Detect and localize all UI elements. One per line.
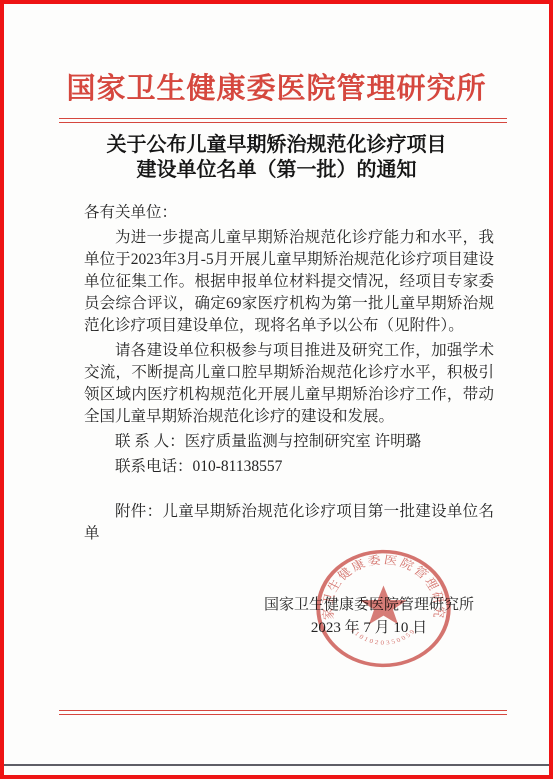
scanned-notice-page: 国家卫生健康委医院管理研究所 关于公布儿童早期矫治规范化诊疗项目 建设单位名单（… — [0, 0, 553, 779]
notice-body: 各有关单位： 为进一步提高儿童早期矫治规范化诊疗能力和水平，我单位于2023年3… — [84, 202, 494, 545]
document-title-line2: 建设单位名单（第一批）的通知 — [4, 158, 549, 183]
signature-date: 2023 年 7 月 10 日 — [258, 617, 480, 640]
contact-phone-line: 联系电话：010-81138557 — [84, 456, 494, 478]
signature-block: 国家卫生健康委医院管理研究所 2023 年 7 月 10 日 — [258, 594, 480, 640]
header-divider-rule — [59, 118, 507, 123]
issuing-org-header: 国家卫生健康委医院管理研究所 — [4, 66, 549, 107]
scan-page-edge-line — [4, 764, 549, 766]
document-title-line1: 关于公布儿童早期矫治规范化诊疗项目 — [4, 133, 549, 158]
signature-org-name: 国家卫生健康委医院管理研究所 — [258, 594, 480, 617]
body-paragraph: 为进一步提高儿童早期矫治规范化诊疗能力和水平，我单位于2023年3月-5月开展儿… — [84, 227, 494, 337]
attachment-line: 附件：儿童早期矫治规范化诊疗项目第一批建设单位名单 — [84, 501, 494, 545]
document-title: 关于公布儿童早期矫治规范化诊疗项目 建设单位名单（第一批）的通知 — [4, 133, 549, 183]
contact-person-line: 联 系 人：医疗质量监测与控制研究室 许明璐 — [84, 431, 494, 453]
body-paragraph: 请各建设单位积极参与项目推进及研究工作，加强学术交流，不断提高儿童口腔早期矫治规… — [84, 340, 494, 428]
body-paragraphs: 为进一步提高儿童早期矫治规范化诊疗能力和水平，我单位于2023年3月-5月开展儿… — [84, 227, 494, 428]
footer-divider-rule — [59, 710, 507, 715]
salutation: 各有关单位： — [84, 202, 494, 224]
